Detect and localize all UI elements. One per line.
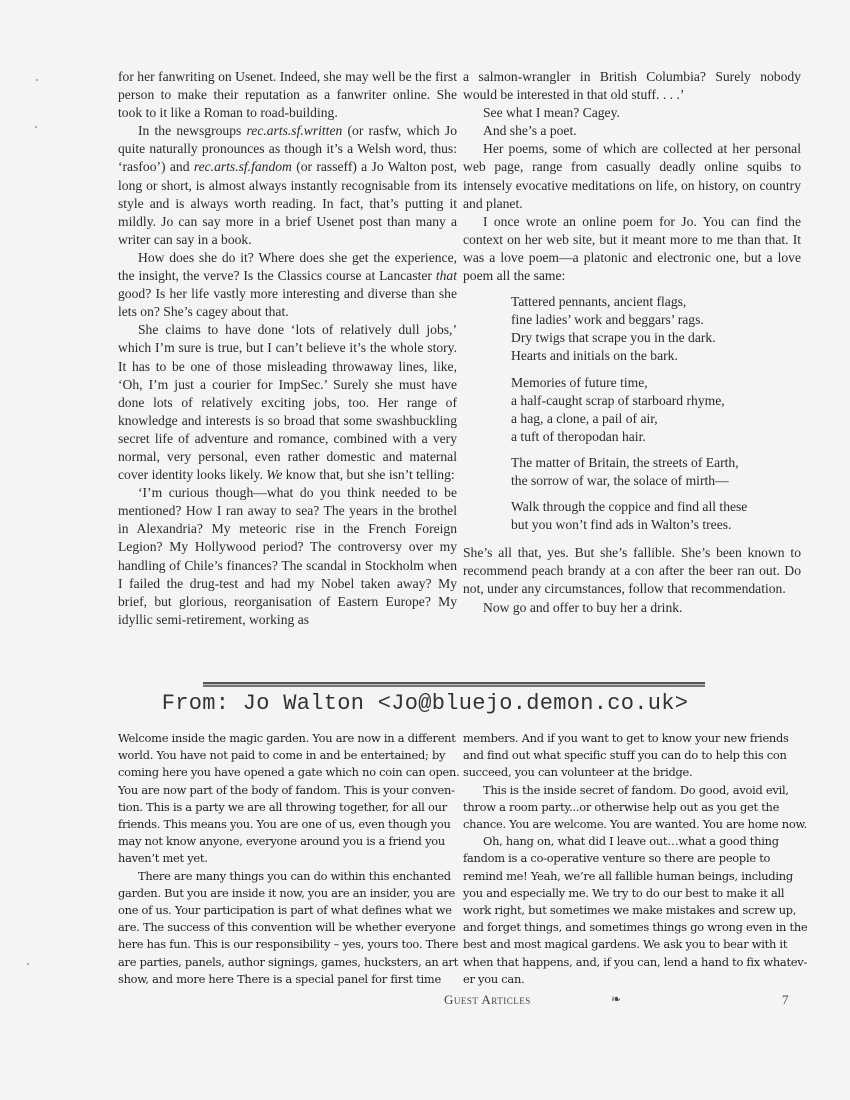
text-span: How does she do it? Where does she get t… <box>118 250 457 283</box>
paragraph: members. And if you want to get to know … <box>463 730 808 782</box>
poem-line: Tattered pennants, ancient flags, <box>511 293 801 311</box>
newsgroup-name: rec.arts.sf.fandom <box>194 159 292 174</box>
poem-line: Dry twigs that scrape you in the dark. <box>511 329 801 347</box>
poem-line: Memories of future time, <box>511 374 801 392</box>
text-span: good? Is her life vastly more interestin… <box>118 286 457 319</box>
poem-line: but you won’t find ads in Walton’s trees… <box>511 516 801 534</box>
poem-stanza: Tattered pennants, ancient flags, fine l… <box>511 293 801 365</box>
letter-right-column: members. And if you want to get to know … <box>463 730 808 988</box>
poem-line: a tuft of theropodan hair. <box>511 428 801 446</box>
emphasis: We <box>266 467 282 482</box>
paragraph: And she’s a poet. <box>463 122 801 140</box>
paragraph: There are many things you can do within … <box>118 868 460 988</box>
article-left-column: for her fanwriting on Usenet. Indeed, sh… <box>118 68 457 629</box>
double-rule-divider <box>203 682 705 687</box>
paragraph: In the newsgroups rec.arts.sf.written (o… <box>118 122 457 249</box>
page-number: 7 <box>782 992 789 1008</box>
paragraph: Now go and offer to buy her a drink. <box>463 599 801 617</box>
text-span: know that, but she isn’t telling: <box>282 467 454 482</box>
paragraph: She’s all that, yes. But she’s fallible.… <box>463 544 801 598</box>
paragraph: for her fanwriting on Usenet. Indeed, sh… <box>118 68 457 122</box>
poem-line: fine ladies’ work and beggars’ rags. <box>511 311 801 329</box>
dinosaur-ornament-icon: ❧ <box>611 992 621 1007</box>
poem-line: the sorrow of war, the solace of mirth— <box>511 472 801 490</box>
poem-line: Hearts and initials on the bark. <box>511 347 801 365</box>
paragraph: She claims to have done ‘lots of relativ… <box>118 321 457 484</box>
letter-from-header: From: Jo Walton <Jo@bluejo.demon.co.uk> <box>0 691 850 716</box>
paragraph: I once wrote an online poem for Jo. You … <box>463 213 801 285</box>
paragraph: How does she do it? Where does she get t… <box>118 249 457 321</box>
poem-stanza: Walk through the coppice and find all th… <box>511 498 801 534</box>
scan-speck <box>36 79 38 81</box>
article-right-column: a salmon-wrangler in British Columbia? S… <box>463 68 801 617</box>
running-section-title: Guest Articles <box>444 992 531 1008</box>
scan-speck <box>35 126 37 128</box>
paragraph: ‘I’m curious though—what do you think ne… <box>118 484 457 629</box>
paragraph: Oh, hang on, what did I leave out…what a… <box>463 833 808 988</box>
poem-line: a hag, a clone, a pail of air, <box>511 410 801 428</box>
letter-left-column: Welcome inside the magic garden. You are… <box>118 730 460 988</box>
poem-line: Walk through the coppice and find all th… <box>511 498 801 516</box>
paragraph: See what I mean? Cagey. <box>463 104 801 122</box>
poem-line: a half-caught scrap of starboard rhyme, <box>511 392 801 410</box>
scan-speck <box>27 963 29 965</box>
poem-stanza: The matter of Britain, the streets of Ea… <box>511 454 801 490</box>
emphasis: that <box>436 268 457 283</box>
paragraph: a salmon-wrangler in British Columbia? S… <box>463 68 801 104</box>
poem-line: The matter of Britain, the streets of Ea… <box>511 454 801 472</box>
newsgroup-name: rec.arts.sf.written <box>247 123 343 138</box>
paragraph: Welcome inside the magic garden. You are… <box>118 730 460 868</box>
page-footer: Guest Articles ❧ 7 <box>0 992 850 1012</box>
paragraph: This is the inside secret of fandom. Do … <box>463 782 808 834</box>
poem-stanza: Memories of future time, a half-caught s… <box>511 374 801 446</box>
poem: Tattered pennants, ancient flags, fine l… <box>511 293 801 534</box>
paragraph: Her poems, some of which are collected a… <box>463 140 801 212</box>
text-span: She claims to have done ‘lots of relativ… <box>118 322 457 482</box>
text-span: In the newsgroups <box>138 123 247 138</box>
document-page: for her fanwriting on Usenet. Indeed, sh… <box>0 0 850 1100</box>
